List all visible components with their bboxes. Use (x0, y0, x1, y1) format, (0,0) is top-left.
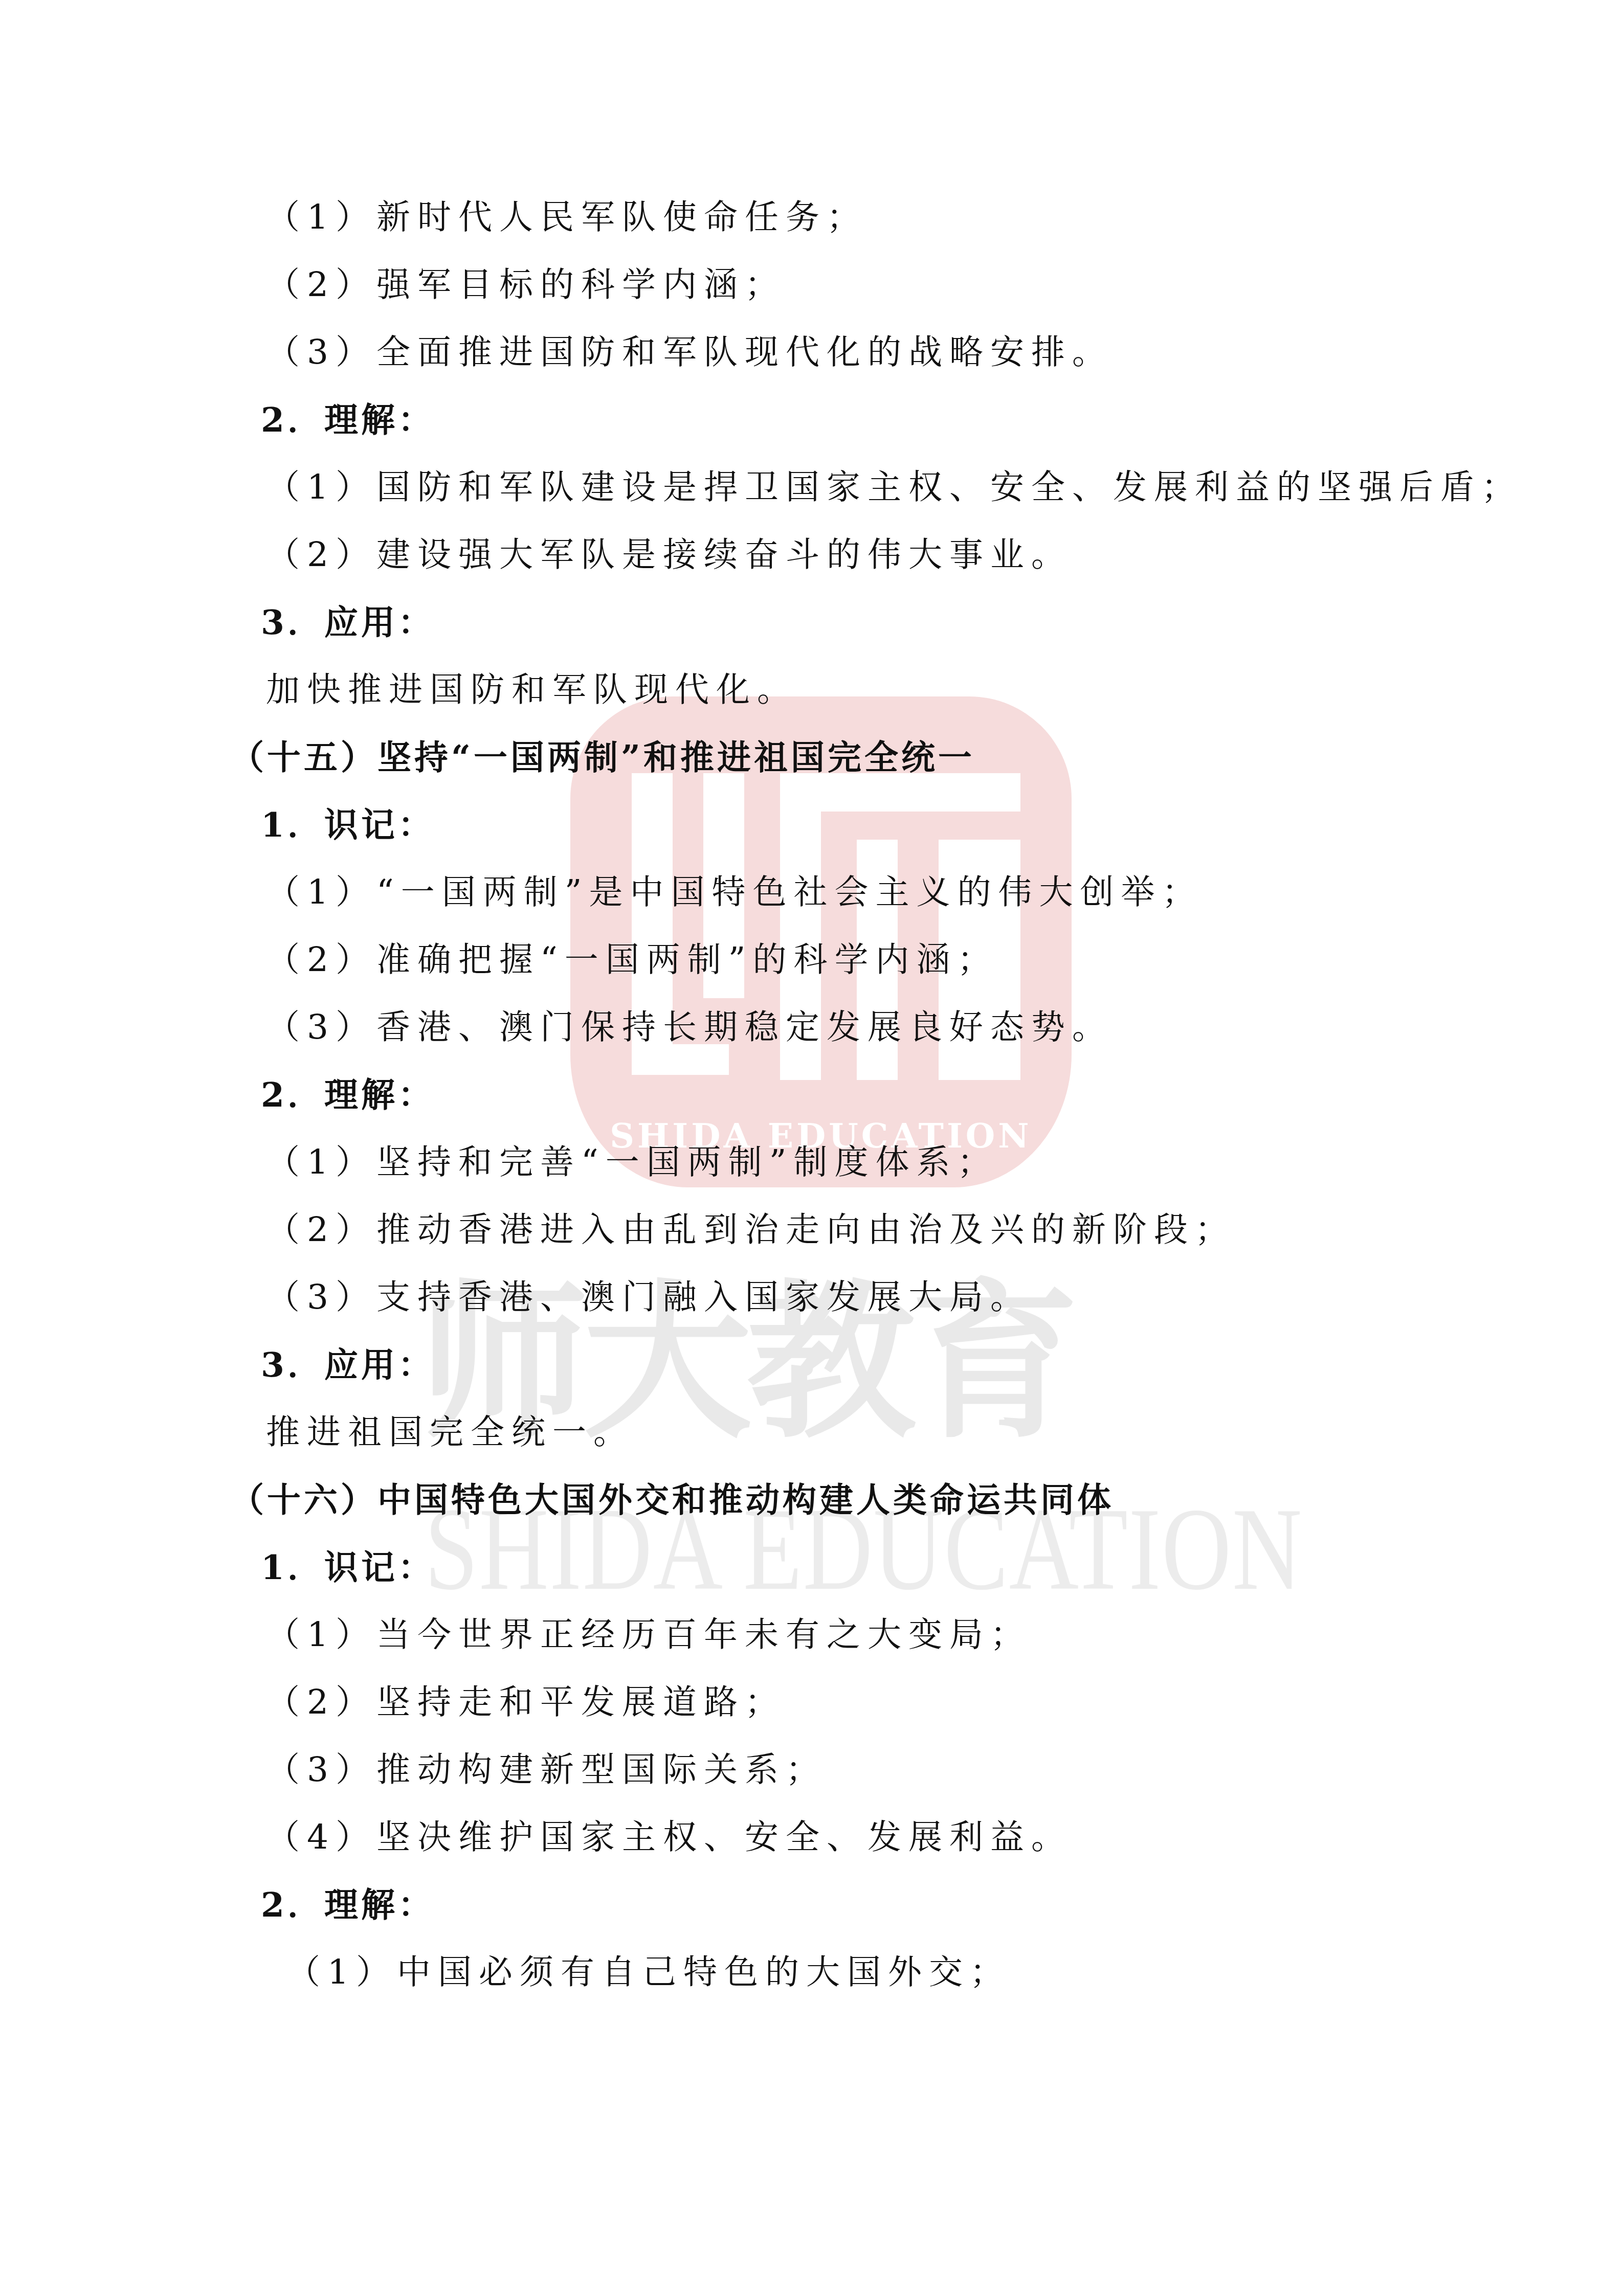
list-item: （1）国防和军队建设是捍卫国家主权、安全、发展利益的坚强后盾； (266, 467, 1522, 508)
list-item: （3）香港、澳门保持长期稳定发展良好态势。 (266, 1007, 1113, 1048)
list-item: （2）准确把握“一国两制”的科学内涵； (266, 939, 998, 980)
list-item: （1）新时代人民军队使命任务； (266, 197, 867, 238)
list-item: （2）建设强大军队是接续奋斗的伟大事业。 (266, 534, 1072, 575)
sub-heading: 3．应用： (261, 1344, 435, 1385)
list-item: （1）坚持和完善“一国两制”制度体系； (266, 1142, 998, 1183)
list-item: （3）推动构建新型国际关系； (266, 1749, 827, 1790)
sub-heading: 2．理解： (261, 1074, 435, 1115)
list-item: （2）坚持走和平发展道路； (266, 1682, 786, 1723)
list-item: （3）支持香港、澳门融入国家发展大局。 (266, 1277, 1031, 1318)
list-item: （1）当今世界正经历百年未有之大变局； (266, 1614, 1031, 1655)
logo-stroke (632, 1044, 729, 1075)
paragraph: 加快推进国防和军队现代化。 (266, 669, 798, 710)
paragraph: 推进祖国完全统一。 (266, 1412, 634, 1453)
section-heading: （十六）中国特色大国外交和推动构建人类命运共同体 (230, 1479, 1114, 1520)
list-item: （3）全面推进国防和军队现代化的战略安排。 (266, 332, 1113, 373)
sub-heading: 1．识记： (261, 1547, 435, 1588)
list-item: （4）坚决维护国家主权、安全、发展利益。 (266, 1817, 1072, 1858)
sub-heading: 3．应用： (261, 602, 435, 643)
list-item: （1）“一国两制”是中国特色社会主义的伟大创举； (266, 872, 1203, 913)
sub-heading: 2．理解： (261, 399, 435, 440)
list-item: （2）推动香港进入由乱到治走向由治及兴的新阶段； (266, 1209, 1236, 1250)
sub-heading: 2．理解： (261, 1884, 435, 1925)
list-item: （2）强军目标的科学内涵； (266, 264, 786, 305)
list-item: （1）中国必须有自己特色的大国外交； (286, 1952, 1011, 1993)
sub-heading: 1．识记： (261, 804, 435, 845)
section-heading: （十五）坚持“一国两制”和推进祖国完全统一 (230, 737, 975, 778)
